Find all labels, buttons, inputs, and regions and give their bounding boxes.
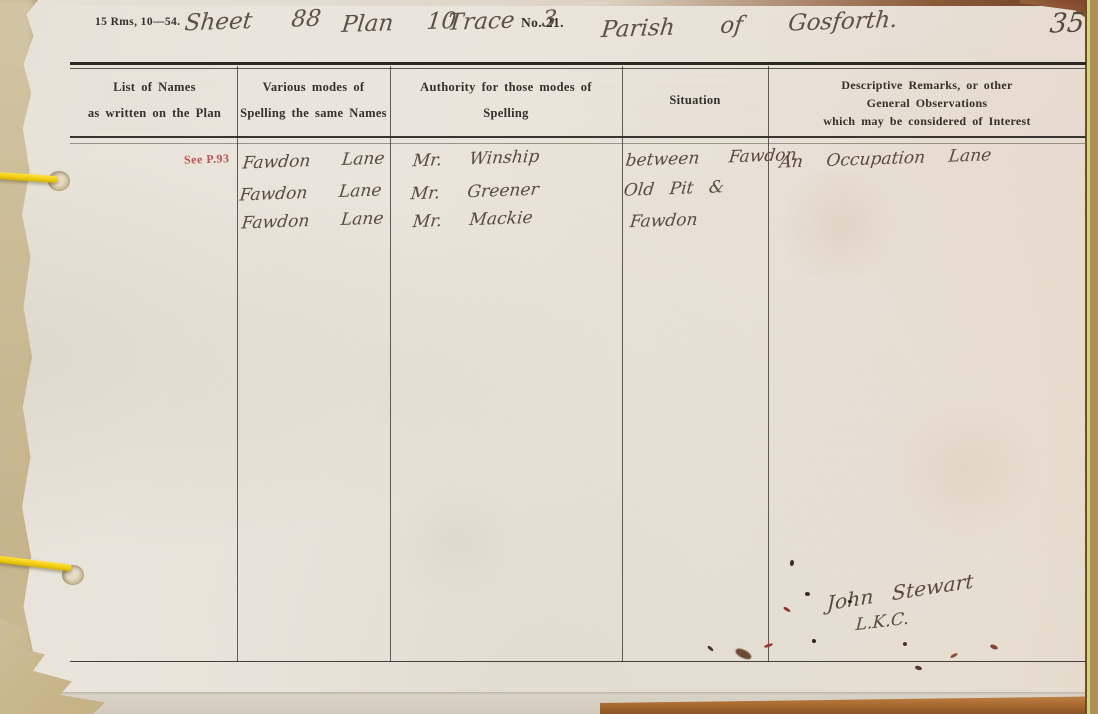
ink-speck (812, 639, 816, 643)
header-line: Spelling the same Names (237, 100, 390, 126)
column-divider (237, 66, 238, 662)
page-number: 35 (1048, 7, 1086, 39)
situation-entry: Fawdon (629, 210, 699, 232)
authority-entry: Mr. Mackie (412, 208, 534, 232)
bleed-through-text (880, 46, 1000, 76)
scanned-name-book-page: 15 Rms, 10—54. Sheet 88 Plan 10 Trace 3 … (0, 0, 1098, 714)
printed-number: No. 21. (521, 15, 564, 31)
header-line: Authority for those modes of (390, 74, 622, 100)
column-header-spelling: Various modes of Spelling the same Names (237, 74, 390, 126)
header-line: General Observations (768, 94, 1086, 112)
printed-reference: 15 Rms, 10—54. (95, 16, 180, 28)
page-top-edge (0, 0, 1098, 6)
header-bottom-rule (70, 136, 1086, 138)
ink-speck (805, 592, 810, 596)
column-header-situation: Situation (622, 87, 768, 113)
column-header-names: List of Names as written on the Plan (72, 74, 237, 126)
column-divider (390, 66, 391, 662)
table-bottom-rule (70, 661, 1086, 662)
red-reference-stamp: See P.93 (184, 151, 230, 168)
table-top-rule-thin (70, 68, 1086, 69)
table-top-rule (70, 62, 1086, 65)
header-line: Situation (622, 87, 768, 113)
ink-speck (903, 642, 907, 646)
sheet-number-script: Sheet 88 (183, 6, 322, 37)
plan-number-script: Plan 10 (340, 8, 457, 38)
column-header-authority: Authority for those modes of Spelling (390, 74, 622, 126)
column-divider (622, 66, 623, 662)
header-line: Spelling (390, 100, 622, 126)
header-line: Various modes of (237, 74, 390, 100)
header-line: Descriptive Remarks, or other (768, 76, 1086, 94)
ink-speck (848, 600, 852, 603)
header-line: which may be considered of Interest (768, 112, 1086, 130)
page-right-edge (1084, 0, 1098, 714)
header-bottom-rule-thin (70, 143, 1086, 144)
header-line: as written on the Plan (72, 100, 237, 126)
situation-entry: Old Pit & (623, 177, 725, 200)
column-header-remarks: Descriptive Remarks, or other General Ob… (768, 76, 1086, 130)
header-line: List of Names (72, 74, 237, 100)
